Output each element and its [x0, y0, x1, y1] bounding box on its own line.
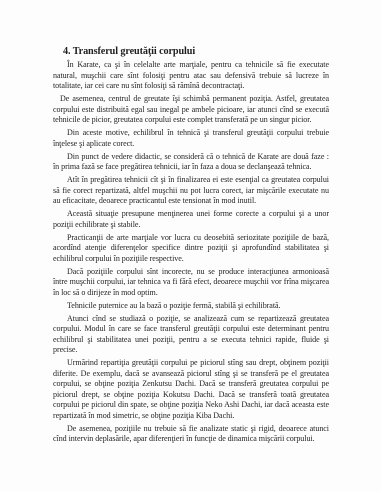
section-title: 4. Transferul greutăţii corpului: [63, 46, 329, 58]
paragraph: Atunci cînd se studiază o poziţie, se an…: [53, 314, 329, 356]
paragraph: Din punct de vedere didactic, se conside…: [53, 152, 329, 173]
document-page: 4. Transferul greutăţii corpului În Kara…: [0, 0, 381, 492]
paragraph: Din aceste motive, echilibrul în tehnică…: [53, 128, 329, 149]
section-content: 4. Transferul greutăţii corpului În Kara…: [53, 46, 329, 447]
paragraph: Această situaţie presupune menţinerea un…: [53, 209, 329, 230]
paragraph: Urmărind repartiţia greutăţii corpului p…: [53, 358, 329, 421]
paragraph: În Karate, ca şi în celelalte arte marţi…: [53, 60, 329, 92]
paragraph: De asemenea, centrul de greutate îşi sch…: [53, 94, 329, 126]
paragraph: Tehnicile puternice au la bază o poziţie…: [53, 301, 329, 312]
paragraph: Atît în pregătirea tehnicii cît şi în fi…: [53, 175, 329, 207]
paragraph: Dacă poziţiile corpului sînt incorecte, …: [53, 267, 329, 299]
paragraph: Practicanţii de arte marţiale vor lucra …: [53, 233, 329, 265]
paragraph: De asemenea, poziţiile nu trebuie să fie…: [53, 424, 329, 445]
